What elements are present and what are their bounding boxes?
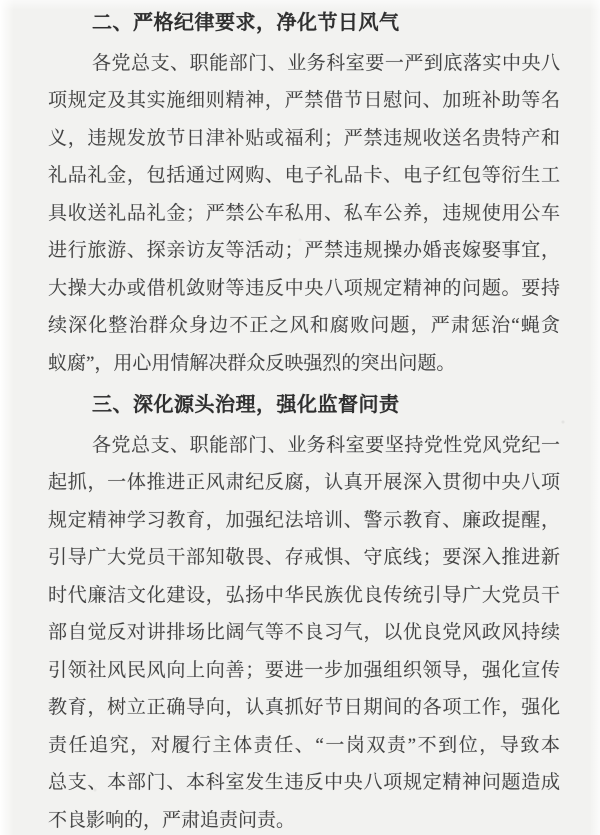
text-line: 教育，树立正确导向，认真抓好节日期间的各项工作，强化 [48, 689, 560, 727]
text-line: 礼品礼金，包括通过网购、电子礼品卡、电子红包等衍生工 [48, 157, 560, 195]
section-heading-2: 二、严格纪律要求，净化节日风气 [48, 4, 560, 42]
text-line: 项规定及其实施细则精神，严禁借节日慰问、加班补助等名 [48, 82, 560, 120]
text-line: 责任追究，对履行主体责任、“一岗双责”不到位，导致本 [48, 727, 560, 765]
text-line: 引领社风民风向上向善；要进一步加强组织领导，强化宣传 [48, 652, 560, 690]
text-line: 蚁腐”，用心用情解决群众反映强烈的突出问题。 [48, 345, 560, 383]
text-line: 总支、本部门、本科室发生违反中央八项规定精神问题造成 [48, 764, 560, 802]
text-line: 起抓，一体推进正风肃纪反腐，认真开展深入贯彻中央八项 [48, 464, 560, 502]
text-line: 引导广大党员干部知敬畏、存戒惧、守底线；要深入推进新 [48, 539, 560, 577]
text-line: 进行旅游、探亲访友等活动；严禁违规操办婚丧嫁娶事宜， [48, 232, 560, 270]
text-line: 各党总支、职能部门、业务科室要一严到底落实中央八 [48, 45, 560, 83]
text-line: 不良影响的，严肃追责问责。 [48, 802, 560, 835]
section-source-governance: 三、深化源头治理，强化监督问责 各党总支、职能部门、业务科室要坚持党性党风党纪一… [48, 386, 560, 835]
text-line: 规定精神学习教育，加强纪法培训、警示教育、廉政提醒， [48, 502, 560, 540]
section-heading-3: 三、深化源头治理，强化监督问责 [48, 386, 560, 424]
text-line: 具收送礼品礼金；严禁公车私用、私车公养，违规使用公车 [48, 195, 560, 233]
text-line: 部自觉反对讲排场比阔气等不良习气，以优良党风政风持续 [48, 614, 560, 652]
text-line: 义，违规发放节日津补贴或福利；严禁违规收送名贵特产和 [48, 120, 560, 158]
text-line: 时代廉洁文化建设，弘扬中华民族优良传统引导广大党员干 [48, 577, 560, 615]
document-page: 二、严格纪律要求，净化节日风气 各党总支、职能部门、业务科室要一严到底落实中央八… [0, 0, 600, 835]
section-2-paragraph: 各党总支、职能部门、业务科室要一严到底落实中央八项规定及其实施细则精神，严禁借节… [48, 45, 560, 383]
section-discipline-requirements: 二、严格纪律要求，净化节日风气 各党总支、职能部门、业务科室要一严到底落实中央八… [48, 4, 560, 382]
text-line: 续深化整治群众身边不正之风和腐败问题，严肃惩治“蝇贪 [48, 307, 560, 345]
text-line: 大操大办或借机敛财等违反中央八项规定精神的问题。要持 [48, 270, 560, 308]
text-line: 各党总支、职能部门、业务科室要坚持党性党风党纪一 [48, 427, 560, 465]
section-3-paragraph: 各党总支、职能部门、业务科室要坚持党性党风党纪一起抓，一体推进正风肃纪反腐，认真… [48, 427, 560, 835]
